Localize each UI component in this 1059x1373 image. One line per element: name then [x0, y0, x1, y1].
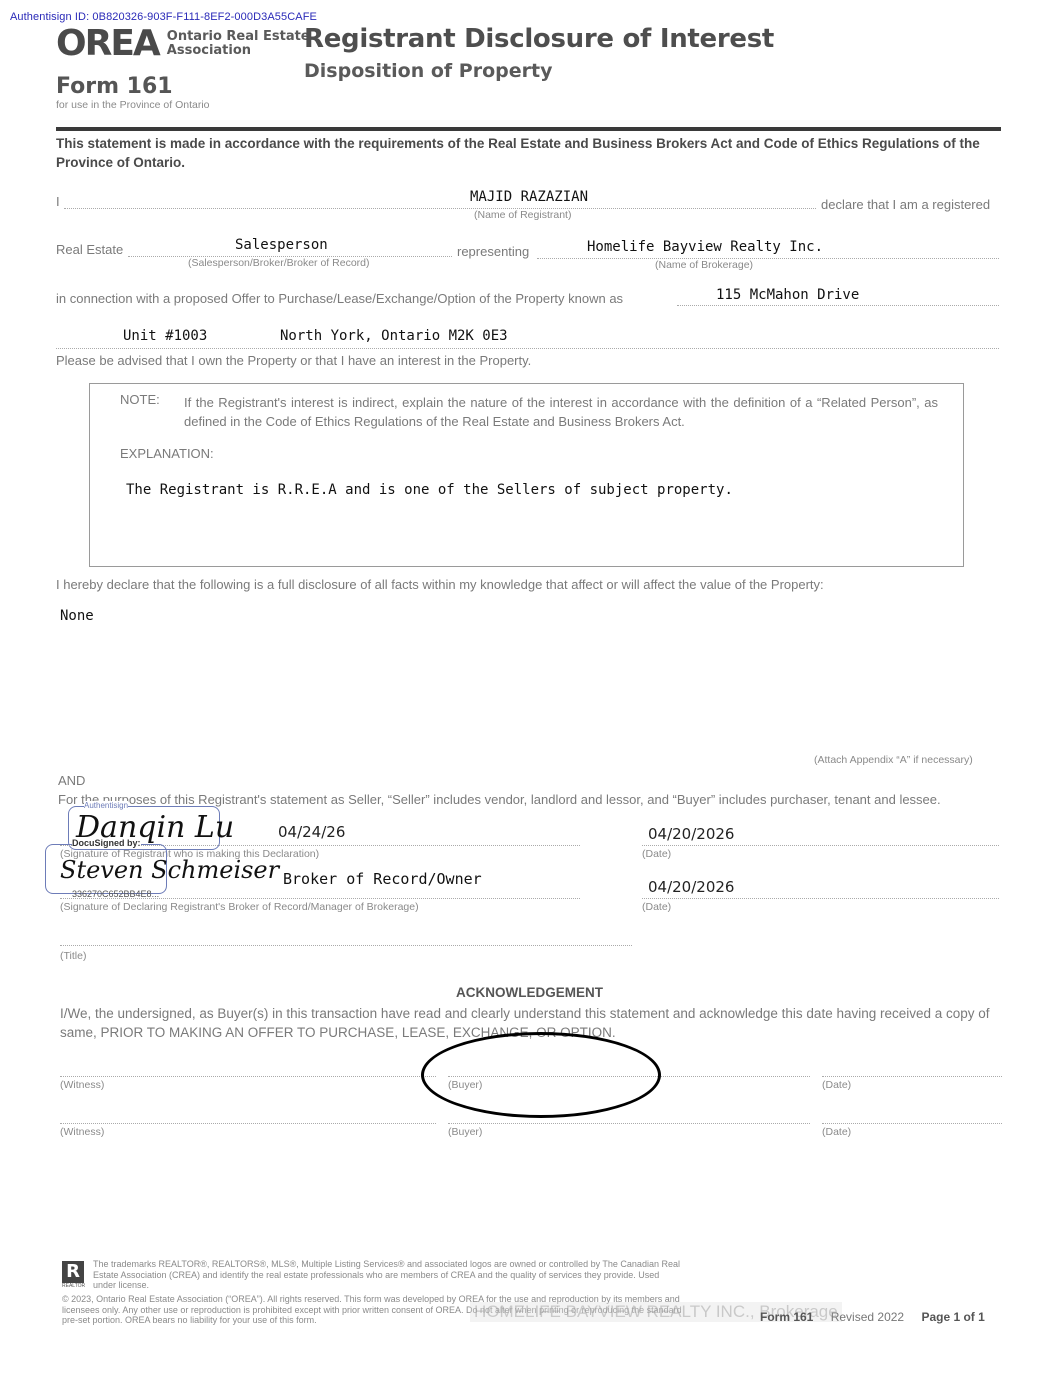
broker-date-line [642, 897, 999, 899]
authentisign-tag: Authentisign [84, 801, 128, 810]
date-line-1[interactable] [822, 1075, 1002, 1077]
footer-revised: Revised 2022 [831, 1310, 904, 1324]
orea-logo-text: Ontario Real Estate Association [167, 30, 310, 58]
property-unit-field[interactable]: Unit #1003 [123, 328, 207, 344]
footer-form-number: Form 161 [760, 1310, 813, 1324]
page-subtitle: Disposition of Property [304, 60, 552, 82]
form-number: Form 161 [56, 74, 173, 99]
footer-form-info: Form 161 Revised 2022 Page 1 of 1 [760, 1310, 985, 1324]
logo-line-2: Association [167, 43, 251, 58]
property-city-field[interactable]: North York, Ontario M2K 0E3 [280, 328, 508, 344]
note-text: If the Registrant's interest is indirect… [184, 393, 938, 431]
intro-statement: This statement is made in accordance wit… [56, 134, 1006, 172]
form-subtitle: for use in the Province of Ontario [56, 99, 210, 111]
registrant-name-field[interactable]: MAJID RAZAZIAN [470, 189, 588, 205]
trademark-text: The trademarks REALTOR®, REALTORS®, MLS®… [93, 1259, 683, 1291]
title-caption: (Title) [60, 950, 86, 962]
buyer-caption-2: (Buyer) [448, 1126, 482, 1138]
registrant-name-line [64, 207, 816, 209]
witness-line-1 [60, 1075, 436, 1077]
witness-line-2 [60, 1122, 436, 1124]
docusigned-by-label: DocuSigned by: [72, 838, 141, 848]
i-label: I [56, 194, 60, 209]
broker-signature-caption: (Signature of Declaring Registrant's Bro… [60, 901, 419, 913]
header-divider [56, 127, 1001, 131]
disclosure-field[interactable]: None [60, 608, 94, 624]
witness-caption-1: (Witness) [60, 1079, 104, 1091]
property-line-2 [56, 347, 999, 349]
property-address-field[interactable]: 115 McMahon Drive [716, 287, 859, 303]
page-title: Registrant Disclosure of Interest [304, 24, 774, 54]
registrant-type-field[interactable]: Salesperson [235, 237, 328, 253]
acknowledgement-heading: ACKNOWLEDGEMENT [0, 985, 1059, 1000]
broker-title-field[interactable]: Broker of Record/Owner [283, 870, 482, 888]
registrant-date-line [642, 844, 999, 846]
buyer-highlight-oval [421, 1032, 661, 1118]
brokerage-caption: (Name of Brokerage) [655, 259, 753, 271]
advised-text: Please be advised that I own the Propert… [56, 353, 531, 368]
connection-text: in connection with a proposed Offer to P… [56, 291, 623, 306]
representing-label: representing [457, 244, 529, 259]
real-estate-label: Real Estate [56, 242, 123, 257]
date-caption-1: (Date) [822, 1079, 851, 1091]
disclosure-label: I hereby declare that the following is a… [56, 577, 824, 592]
date-caption-2: (Date) [822, 1126, 851, 1138]
declare-text: declare that I am a registered [821, 197, 990, 212]
brokerage-field[interactable]: Homelife Bayview Realty Inc. [587, 239, 823, 255]
title-line [60, 944, 632, 946]
broker-signature-line [60, 897, 580, 899]
explanation-label: EXPLANATION: [120, 446, 214, 461]
registrant-date-caption: (Date) [642, 848, 671, 860]
realtor-r-icon: R [62, 1261, 84, 1283]
registrant-type-caption: (Salesperson/Broker/Broker of Record) [188, 257, 370, 269]
brokerage-line [537, 257, 999, 259]
witness-caption-2: (Witness) [60, 1126, 104, 1138]
footer-page-number: Page 1 of 1 [921, 1310, 984, 1324]
authentisign-id: Authentisign ID: 0B820326-903F-F111-8EF2… [10, 11, 317, 23]
realtor-logo: R REALTOR [62, 1261, 85, 1289]
orea-logo-mark: OREA [56, 26, 159, 62]
note-label: NOTE: [120, 392, 160, 407]
registrant-sign-date: 04/24/26 [278, 823, 345, 841]
logo-line-1: Ontario Real Estate [167, 29, 310, 44]
registrant-date-field[interactable]: 04/20/2026 [648, 825, 734, 843]
orea-logo: OREA Ontario Real Estate Association [56, 26, 310, 62]
realtor-logo-caption: REALTOR [62, 1283, 85, 1289]
buyer-line-2[interactable] [448, 1122, 810, 1124]
purposes-text: For the purposes of this Registrant's st… [58, 792, 941, 807]
appendix-note: (Attach Appendix “A” if necessary) [814, 754, 973, 766]
date-line-2[interactable] [822, 1122, 1002, 1124]
registrant-name-caption: (Name of Registrant) [474, 209, 571, 221]
broker-date-field[interactable]: 04/20/2026 [648, 878, 734, 896]
explanation-field[interactable]: The Registrant is R.R.E.A and is one of … [126, 482, 733, 498]
and-label: AND [58, 773, 85, 788]
broker-date-caption: (Date) [642, 901, 671, 913]
property-line-1 [677, 304, 999, 306]
broker-signature[interactable]: Steven Schmeiser [60, 856, 279, 884]
